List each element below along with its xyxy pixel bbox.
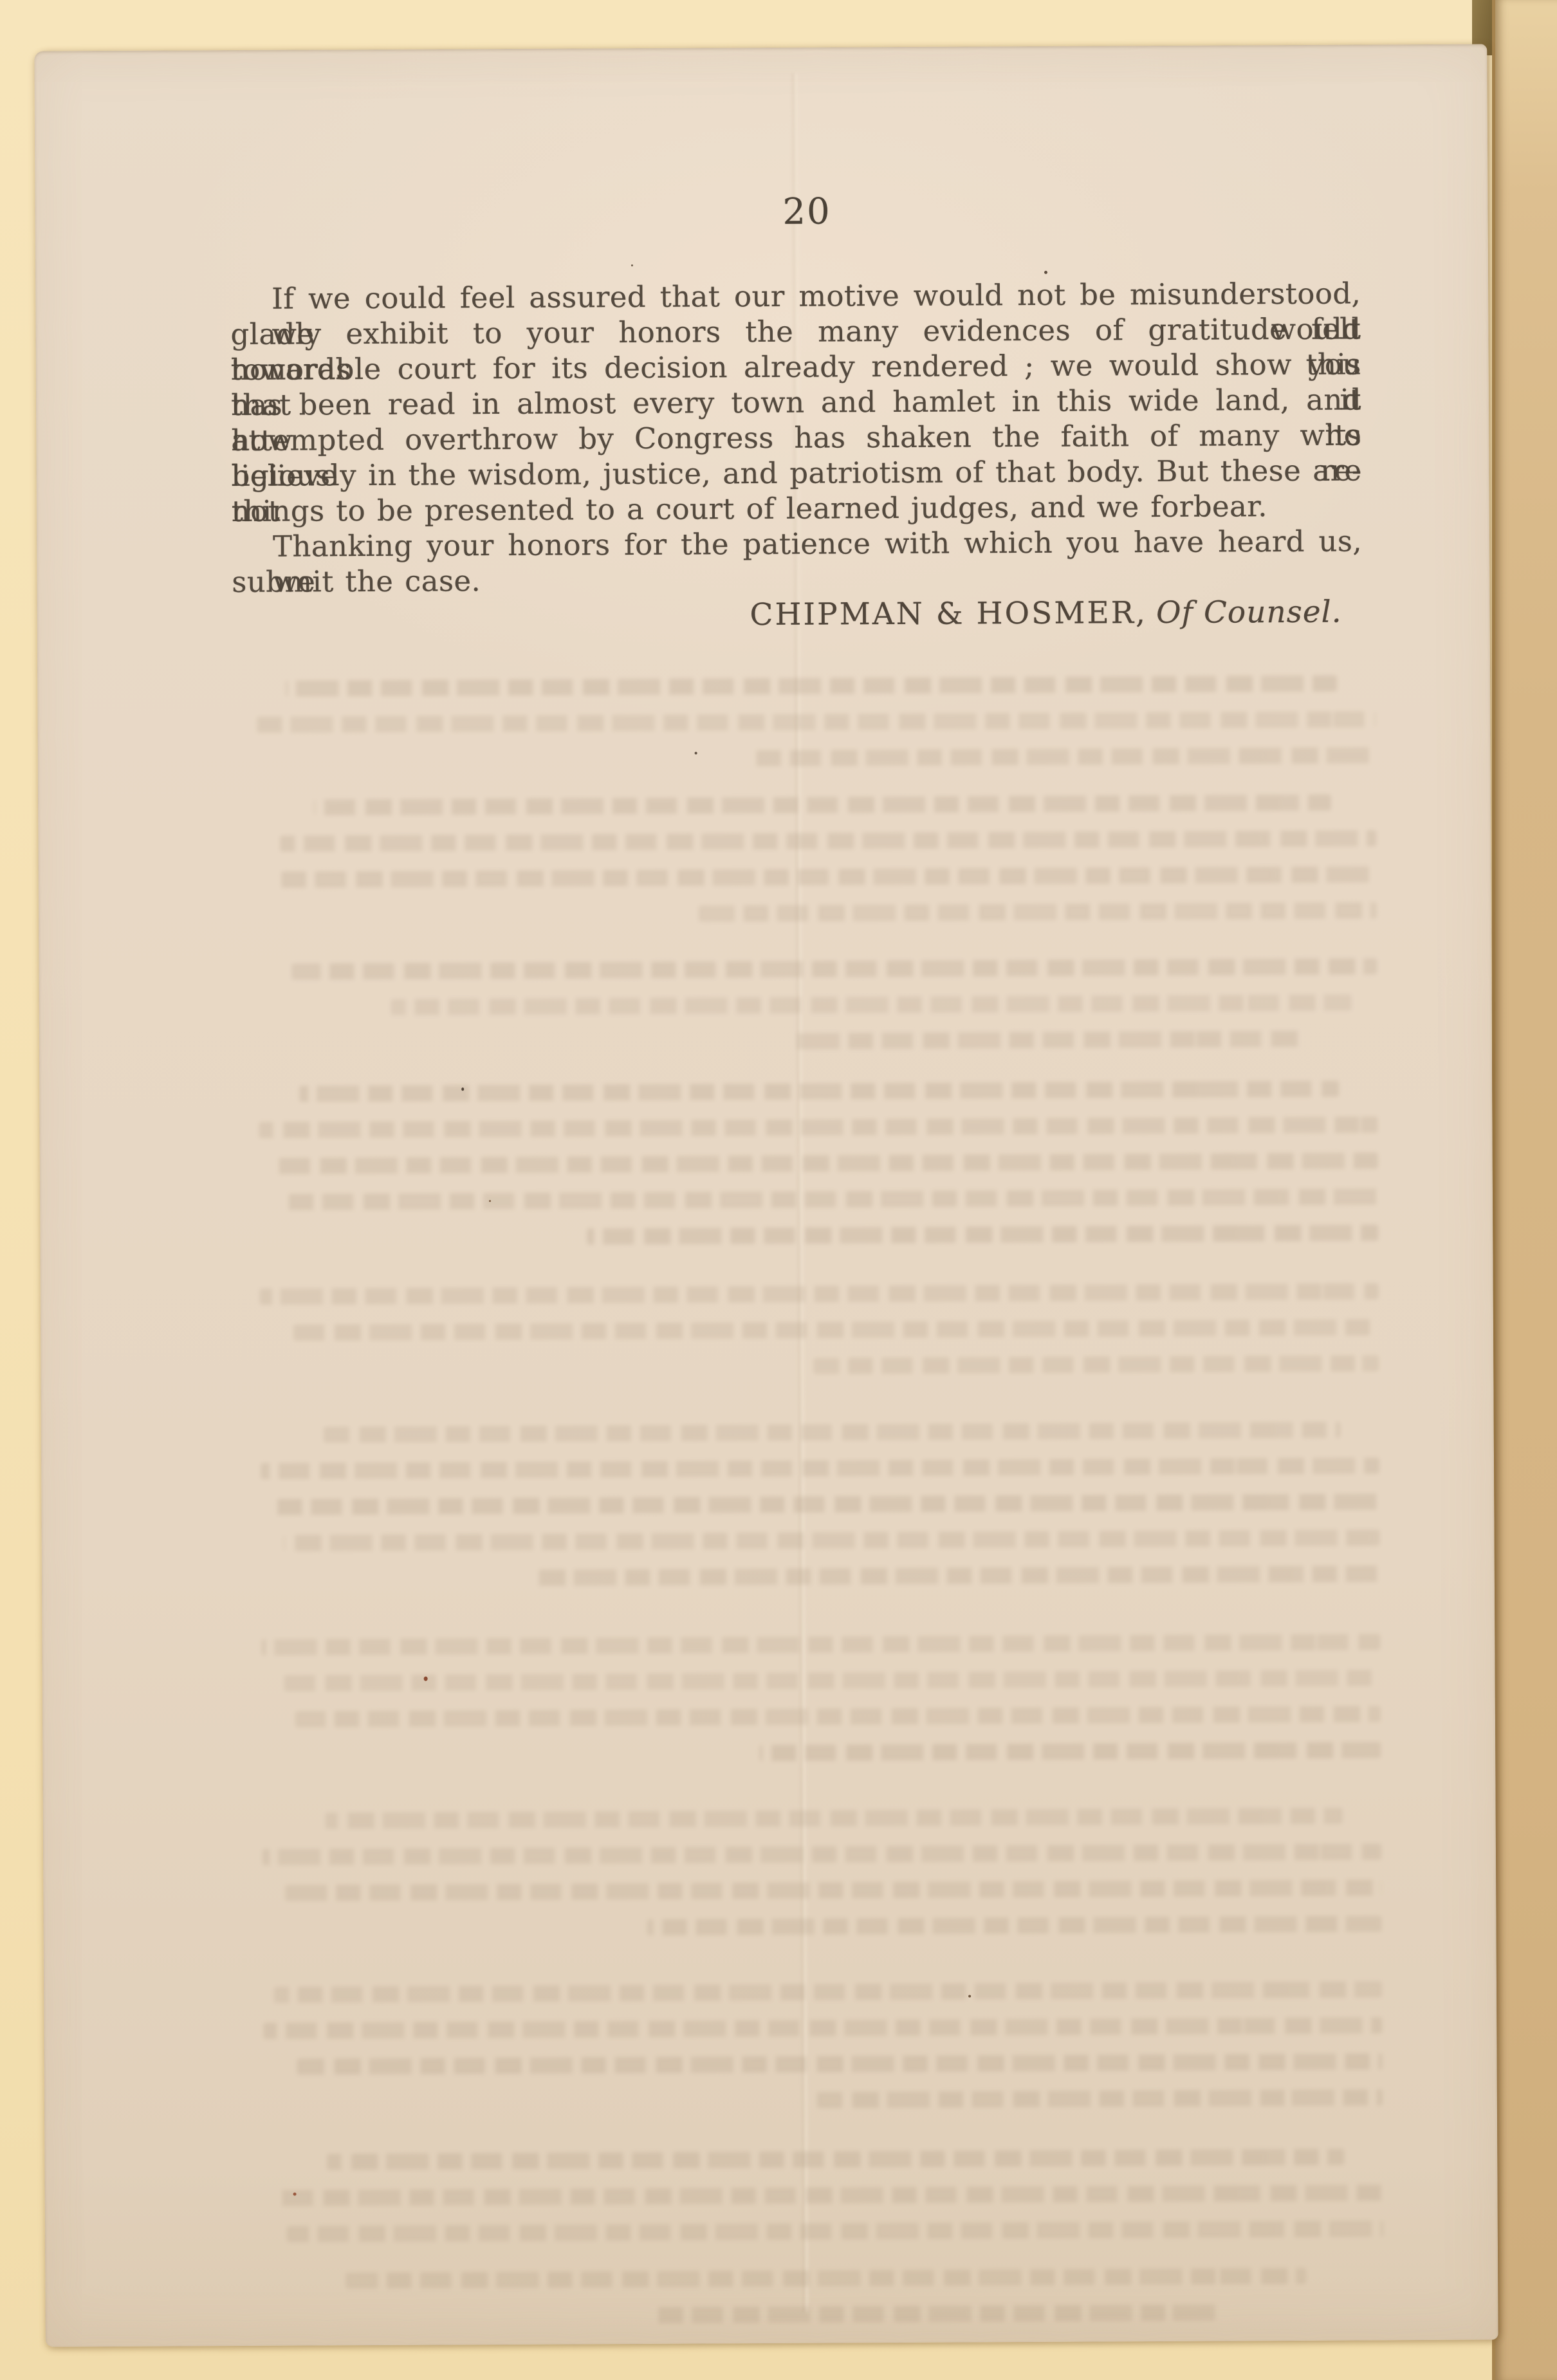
printed-content: 20 If we could feel assured that our mot… bbox=[229, 44, 1370, 2346]
paper-speck bbox=[461, 1087, 464, 1091]
paper-speck bbox=[1044, 271, 1047, 274]
scanned-book-photo: 20 If we could feel assured that our mot… bbox=[0, 0, 1557, 2380]
page-number: 20 bbox=[241, 190, 1372, 234]
book-page-edges bbox=[1492, 0, 1557, 2380]
text-line: attempted overthrow by Congress has shak… bbox=[231, 417, 1361, 458]
signature-names: CHIPMAN & HOSMER, bbox=[750, 595, 1147, 632]
signature-line: CHIPMAN & HOSMER,Of Counsel. bbox=[232, 594, 1362, 635]
paper-speck bbox=[631, 264, 633, 266]
text-line: ligiously in the wisdom, justice, and pa… bbox=[231, 452, 1361, 494]
scanned-page: 20 If we could feel assured that our mot… bbox=[34, 44, 1498, 2347]
paper-speck bbox=[424, 1677, 428, 1681]
paper-speck bbox=[968, 1995, 971, 1997]
paper-speck bbox=[293, 2193, 297, 2196]
text-block: If we could feel assured that our motive… bbox=[230, 275, 1362, 600]
text-line: things to be presented to a court of lea… bbox=[232, 488, 1362, 529]
text-line: gladly exhibit to your honors the many e… bbox=[230, 311, 1361, 352]
text-line: Thanking your honors for the patience wi… bbox=[232, 523, 1362, 564]
text-line: has been read in almost every town and h… bbox=[231, 382, 1361, 423]
text-line: If we could feel assured that our motive… bbox=[230, 275, 1361, 317]
paper-speck bbox=[695, 752, 697, 755]
text-line: honorable court for its decision already… bbox=[231, 346, 1361, 387]
paper-speck bbox=[489, 1200, 491, 1202]
text-line: submit the case. bbox=[232, 558, 1362, 600]
signature-role: Of Counsel. bbox=[1147, 595, 1342, 631]
